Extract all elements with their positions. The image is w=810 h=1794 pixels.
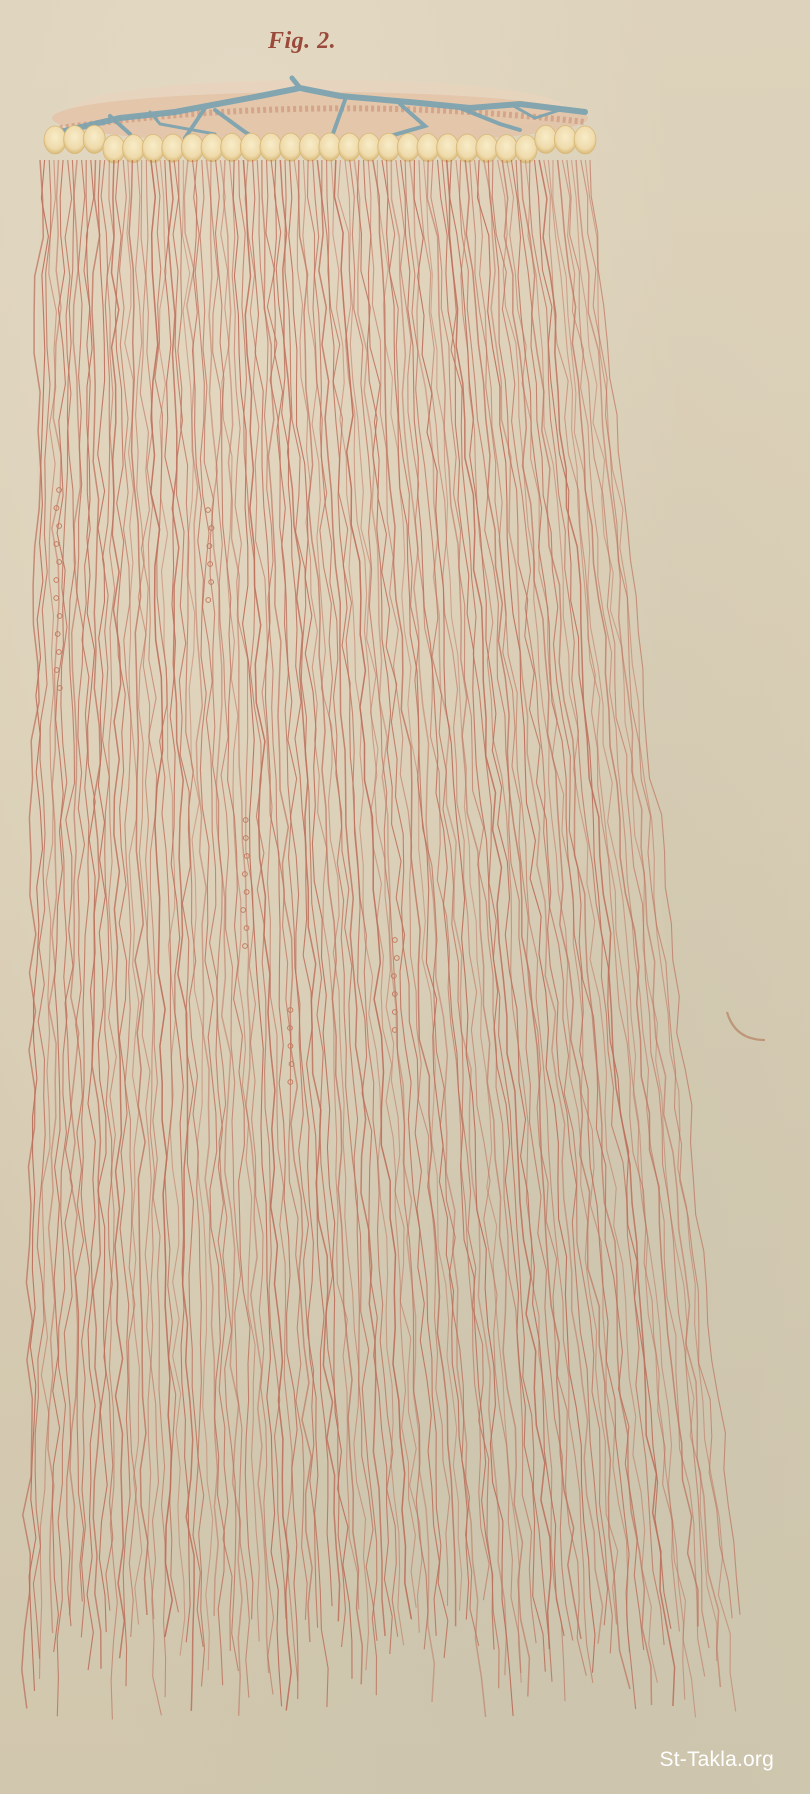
watermark: St-Takla.org [660, 1748, 774, 1772]
tentacle-curtain-shadow [25, 160, 740, 1720]
crescent-mark [727, 1012, 765, 1040]
engraving-plate: Fig. 2. [0, 0, 810, 1794]
jellyfish-illustration [0, 0, 810, 1794]
